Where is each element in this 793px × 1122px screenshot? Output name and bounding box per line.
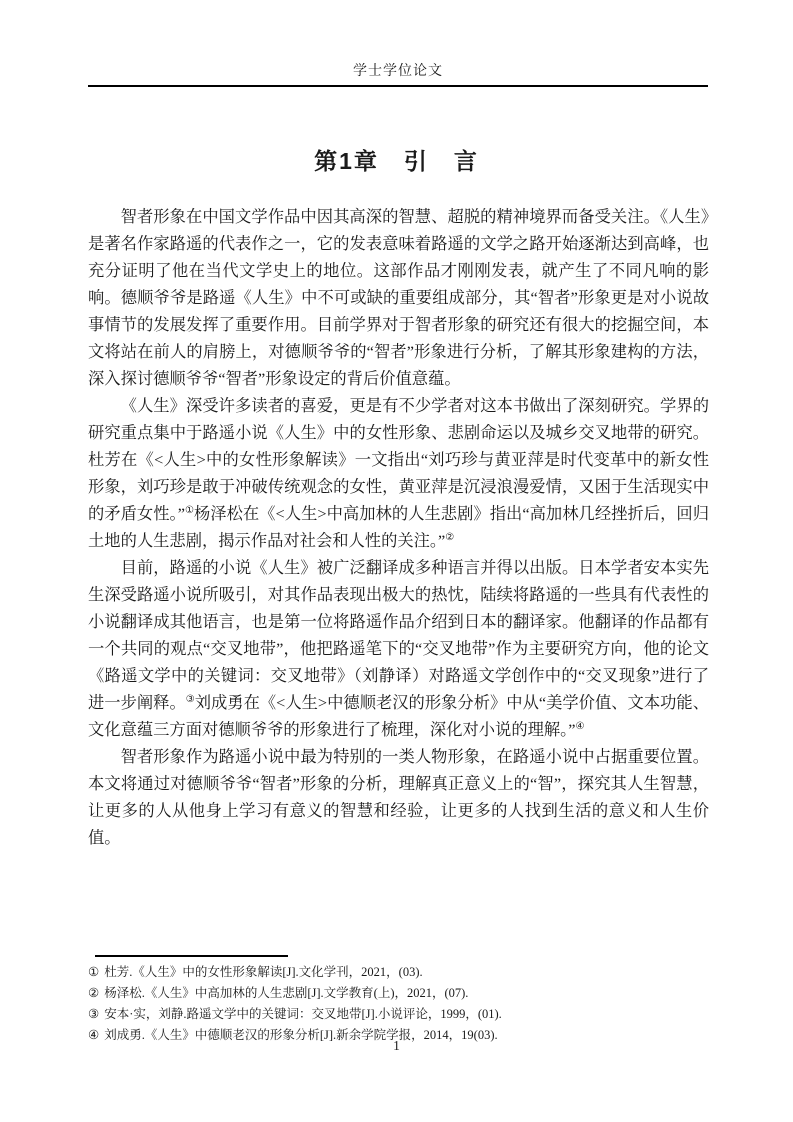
footnote-text: 杜芳.《人生》中的女性形象解读[J].文化学刊，2021，(03).: [104, 965, 422, 979]
footnote-list: ①杜芳.《人生》中的女性形象解读[J].文化学刊，2021，(03).②杨泽松.…: [88, 962, 709, 1046]
footnote-ref: ②: [445, 532, 454, 543]
footnote-item: ①杜芳.《人生》中的女性形象解读[J].文化学刊，2021，(03).: [88, 962, 709, 983]
footnote-item: ②杨泽松.《人生》中高加林的人生悲剧[J].文学教育(上)，2021，(07).: [88, 983, 709, 1004]
paragraph: 目前，路遥的小说《人生》被广泛翻译成多种语言并得以出版。日本学者安本实先生深受路…: [88, 554, 709, 743]
footnote-item: ③安本·实，刘静.路遥文学中的关键词：交叉地带[J].小说评论，1999，(01…: [88, 1004, 709, 1025]
footnote-marker: ②: [88, 986, 99, 1000]
paragraph: 智者形象在中国文学作品中因其高深的智慧、超脱的精神境界而备受关注。《人生》是著名…: [88, 203, 709, 392]
footnote-text: 杨泽松.《人生》中高加林的人生悲剧[J].文学教育(上)，2021，(07).: [104, 986, 468, 1000]
footnote-ref: ③: [186, 694, 195, 705]
body-text: 智者形象在中国文学作品中因其高深的智慧、超脱的精神境界而备受关注。《人生》是著名…: [88, 203, 709, 851]
header-title: 学士学位论文: [353, 64, 443, 79]
footnote-ref: ①: [185, 505, 194, 516]
footnote-separator: [95, 955, 288, 957]
footnote-marker: ①: [88, 965, 99, 979]
paragraph-text: 智者形象作为路遥小说中最为特别的一类人物形象，在路遥小说中占据重要位置。本文将通…: [88, 747, 709, 847]
footnote-marker: ③: [88, 1007, 99, 1021]
paragraph-text: 目前，路遥的小说《人生》被广泛翻译成多种语言并得以出版。日本学者安本实先生深受路…: [88, 558, 709, 712]
page-number: 1: [0, 1038, 793, 1054]
paragraph: 《人生》深受许多读者的喜爱，更是有不少学者对这本书做出了深刻研究。学界的研究重点…: [88, 392, 709, 554]
chapter-title: 第1章 引 言: [0, 143, 793, 176]
paragraph: 智者形象作为路遥小说中最为特别的一类人物形象，在路遥小说中占据重要位置。本文将通…: [88, 743, 709, 851]
footnote-text: 安本·实，刘静.路遥文学中的关键词：交叉地带[J].小说评论，1999，(01)…: [104, 1007, 502, 1021]
footnote-ref: ④: [576, 721, 585, 732]
thesis-page: 学士学位论文 第1章 引 言 智者形象在中国文学作品中因其高深的智慧、超脱的精神…: [0, 0, 793, 1122]
paragraph-text: 智者形象在中国文学作品中因其高深的智慧、超脱的精神境界而备受关注。《人生》是著名…: [88, 207, 709, 388]
page-header: 学士学位论文: [88, 60, 708, 87]
